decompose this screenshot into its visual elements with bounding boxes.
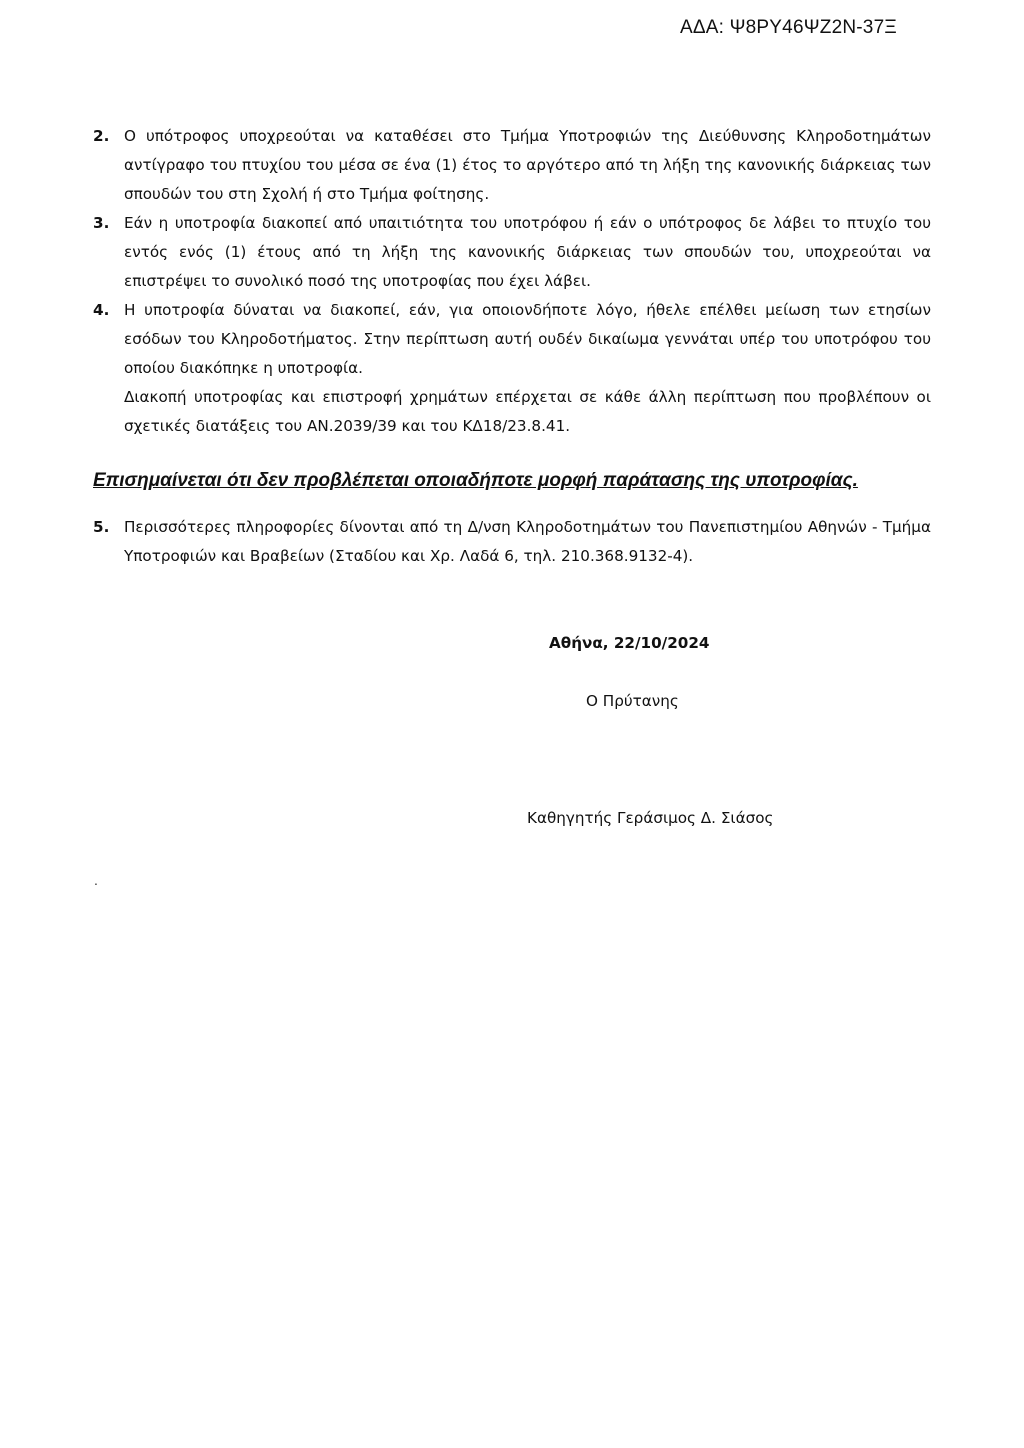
item-number: 4. xyxy=(93,296,109,325)
extension-notice: Επισημαίνεται ότι δεν προβλέπεται οποιαδ… xyxy=(93,470,933,492)
terms-list-lower: 5. Περισσότερες πληροφορίες δίνονται από… xyxy=(93,513,931,571)
signature-title: Ο Πρύτανης xyxy=(586,692,679,710)
list-item-2: 2. Ο υπότροφος υποχρεούται να καταθέσει … xyxy=(93,122,931,209)
item-number: 5. xyxy=(93,513,109,542)
item-paragraph: Η υποτροφία δύναται να διακοπεί, εάν, γι… xyxy=(124,296,931,383)
trailing-dot: . xyxy=(94,872,98,888)
item-number: 2. xyxy=(93,122,109,151)
item-paragraph: Διακοπή υποτροφίας και επιστροφή χρημάτω… xyxy=(124,383,931,441)
item-paragraph: Εάν η υποτροφία διακοπεί από υπαιτιότητα… xyxy=(124,209,931,296)
item-paragraph: Περισσότερες πληροφορίες δίνονται από τη… xyxy=(124,513,931,571)
item-paragraph: Ο υπότροφος υποχρεούται να καταθέσει στο… xyxy=(124,122,931,209)
terms-list-upper: 2. Ο υπότροφος υποχρεούται να καταθέσει … xyxy=(93,122,931,441)
list-item-5: 5. Περισσότερες πληροφορίες δίνονται από… xyxy=(93,513,931,571)
ada-identifier: ΑΔΑ: Ψ8ΡΥ46ΨΖ2Ν-37Ξ xyxy=(680,17,897,39)
list-item-3: 3. Εάν η υποτροφία διακοπεί από υπαιτιότ… xyxy=(93,209,931,296)
list-item-4: 4. Η υποτροφία δύναται να διακοπεί, εάν,… xyxy=(93,296,931,441)
item-number: 3. xyxy=(93,209,109,238)
signature-place-date: Αθήνα, 22/10/2024 xyxy=(549,634,709,652)
signature-name: Καθηγητής Γεράσιμος Δ. Σιάσος xyxy=(527,809,773,827)
